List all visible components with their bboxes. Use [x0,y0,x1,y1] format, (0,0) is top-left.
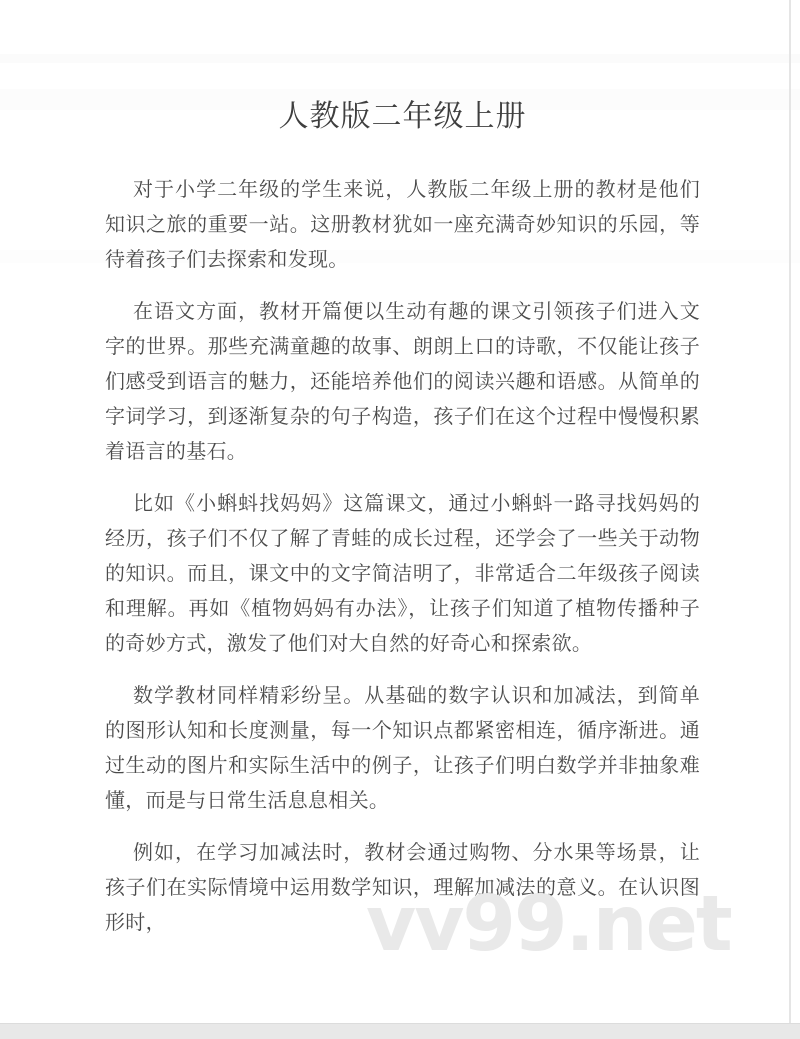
paragraph-chinese-subject: 在语文方面，教材开篇便以生动有趣的课文引领孩子们进入文字的世界。那些充满童趣的故… [105,295,700,470]
bottom-strip [0,1023,800,1039]
document-page: 人教版二年级上册 对于小学二年级的学生来说，人教版二年级上册的教材是他们知识之旅… [0,0,800,1039]
document-title: 人教版二年级上册 [105,94,700,140]
document-content: 人教版二年级上册 对于小学二年级的学生来说，人教版二年级上册的教材是他们知识之旅… [105,0,700,958]
page-right-edge-line [789,0,791,1023]
paragraph-intro: 对于小学二年级的学生来说，人教版二年级上册的教材是他们知识之旅的重要一站。这册教… [105,173,700,278]
paragraph-math-subject: 数学教材同样精彩纷呈。从基础的数字认识和加减法，到简单的图形认知和长度测量，每一… [105,679,700,819]
paragraph-lesson-examples: 比如《小蝌蚪找妈妈》这篇课文，通过小蝌蚪一路寻找妈妈的经历，孩子们不仅了解了青蛙… [105,487,700,662]
watermark-text: vv99.net [366,886,731,963]
